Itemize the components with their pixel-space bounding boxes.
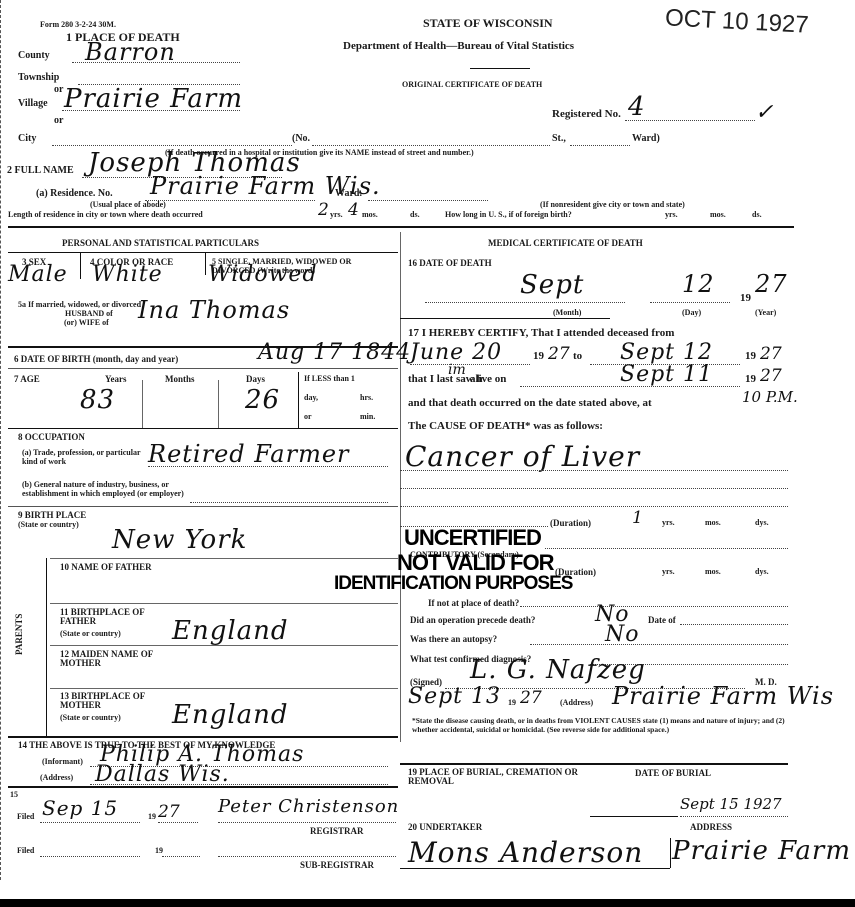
time-of-death: 10 P.M. — [742, 388, 798, 406]
physician-address: Prairie Farm Wis — [612, 682, 834, 710]
full-name-label: 2 FULL NAME — [7, 165, 74, 176]
occupation-value: Retired Farmer — [148, 440, 350, 468]
cause-label: The CAUSE OF DEATH* was as follows: — [408, 420, 603, 432]
city-label: City — [18, 133, 36, 144]
length-residence-label: Length of residence in city or town wher… — [8, 210, 203, 219]
burial-date: Sept 15 1927 — [680, 795, 782, 813]
state-title: STATE OF WISCONSIN — [423, 16, 553, 31]
date-of-death-month: Sept — [520, 270, 584, 300]
column-divider — [400, 232, 401, 742]
certify-text: 17 I HEREBY CERTIFY, That I attended dec… — [408, 327, 674, 339]
left-edge — [0, 0, 5, 880]
age-days: 26 — [245, 385, 280, 415]
filed-date-value: Sep 15 — [42, 796, 118, 820]
last-saw-date: Sept 11 — [620, 362, 713, 387]
county-label: County — [18, 50, 50, 61]
sex-value: Male — [8, 262, 68, 287]
date-of-death-year: 27 — [755, 270, 788, 298]
dob-value: Aug 17 1844 — [258, 340, 411, 365]
us-residence-label: How long in U. S., if of foreign birth? — [445, 210, 572, 219]
cause-of-death-value: Cancer of Liver — [405, 440, 640, 473]
parents-label: PARENTS — [14, 614, 24, 655]
undertaker-value: Mons Anderson — [408, 836, 643, 869]
abode-note: (Usual place of abode) — [90, 200, 166, 209]
check-mark: ✓ — [755, 100, 774, 125]
physician-signature: L. G. Nafzeg — [470, 655, 646, 685]
spouse-value: Ina Thomas — [138, 296, 290, 324]
birthplace-value: New York — [112, 525, 247, 555]
department-title: Department of Health—Bureau of Vital Sta… — [343, 40, 574, 52]
duration-years: 1 — [632, 508, 643, 528]
registered-number: 4 — [628, 92, 646, 122]
stamp-identification: IDENTIFICATION PURPOSES — [334, 573, 572, 595]
footnote: *State the disease causing death, or in … — [412, 716, 792, 734]
received-date-stamp: OCT 10 1927 — [664, 4, 809, 39]
length-months: 4 — [348, 200, 359, 220]
county-value: Barron — [85, 38, 176, 66]
signed-date: Sept 13 — [408, 684, 501, 709]
personal-heading: PERSONAL AND STATISTICAL PARTICULARS — [62, 238, 259, 248]
undertaker-address: Prairie Farm Wis — [672, 836, 855, 866]
marital-value: Widowed — [208, 262, 318, 287]
registrar-signature: Peter Christenson — [218, 796, 399, 817]
scan-bottom-edge — [0, 899, 855, 907]
mother-birthplace-value: England — [172, 700, 289, 730]
township-label: Township — [18, 72, 59, 83]
race-value: White — [92, 262, 163, 287]
village-label: Village — [18, 98, 48, 109]
date-of-death-day: 12 — [682, 270, 715, 298]
age-years: 83 — [80, 385, 115, 415]
form-number: Form 280 3-2-24 30M. — [40, 20, 116, 29]
nonresident-note: (If nonresident give city or town and st… — [540, 200, 685, 209]
length-years: 2 — [318, 200, 329, 220]
father-birthplace-value: England — [172, 616, 289, 646]
section-divider — [8, 226, 794, 228]
certificate-title: ORIGINAL CERTIFICATE OF DEATH — [402, 80, 542, 89]
residence-label: (a) Residence. No. — [36, 188, 113, 199]
medical-heading: MEDICAL CERTIFICATE OF DEATH — [488, 238, 643, 248]
stamp-uncertified: UNCERTIFIED — [404, 525, 541, 551]
registered-label: Registered No. — [552, 108, 621, 120]
filed-year-value: 27 — [158, 802, 180, 822]
header-rule — [470, 68, 530, 69]
village-value: Prairie Farm — [64, 84, 243, 114]
